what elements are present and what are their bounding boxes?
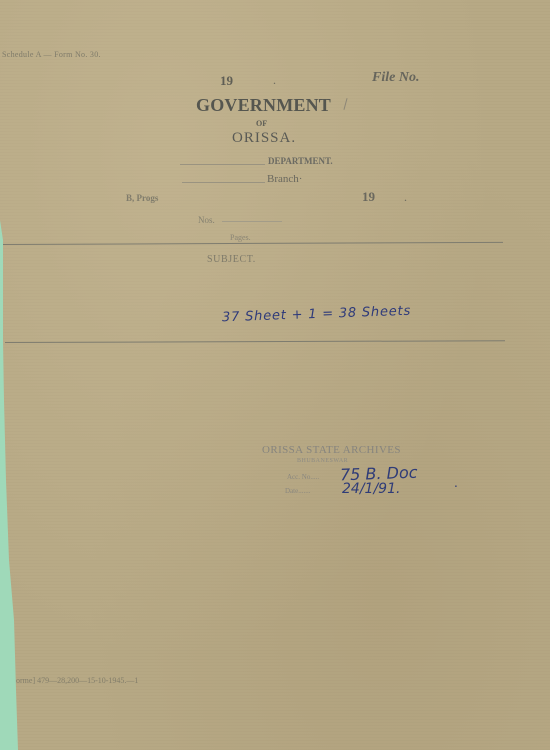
heading-government: GOVERNMENT — [196, 95, 331, 116]
nos-blank-line — [222, 221, 282, 222]
handwritten-sheet-count: 37 Sheet + 1 = 38 Sheets — [222, 304, 411, 326]
nos-label: Nos. — [198, 215, 215, 225]
subject-bottom-rule — [5, 340, 505, 343]
year-field-bottom: 19 — [362, 189, 375, 205]
stamp-date-label: Date....... — [285, 487, 310, 495]
department-blank-line — [180, 164, 265, 165]
year-dot-bottom: . — [404, 190, 407, 205]
department-label: DEPARTMENT. — [268, 156, 333, 166]
subject-label: SUBJECT. — [207, 254, 256, 265]
file-no-label: File No. — [372, 70, 419, 86]
subject-top-rule — [3, 242, 503, 245]
handwritten-acc-dot: . — [454, 476, 458, 490]
form-reference: Schedule A — Form No. 30. — [2, 50, 101, 59]
progs-label: B, Progs — [126, 193, 158, 203]
file-cover-sheet: Schedule A — Form No. 30. 19 . File No. … — [0, 0, 550, 750]
year-dot-top: . — [273, 73, 276, 88]
pages-label: Pages. — [230, 233, 251, 242]
heading-orissa: ORISSA. — [232, 130, 296, 147]
branch-label: Branch· — [267, 173, 302, 185]
printer-imprint: orme] 479—28,200—15-10-1945.—1 — [16, 676, 138, 685]
paper-crease — [343, 98, 347, 110]
stamp-city: BHUBANESWAR — [297, 458, 348, 464]
year-field-top: 19 — [220, 73, 233, 89]
branch-blank-line — [182, 182, 265, 183]
heading-of: OF — [256, 119, 267, 128]
stamp-acc-label: Acc. No..... — [287, 473, 319, 481]
handwritten-date: 24/1/91. — [342, 481, 400, 497]
stamp-title: ORISSA STATE ARCHIVES — [262, 444, 401, 456]
